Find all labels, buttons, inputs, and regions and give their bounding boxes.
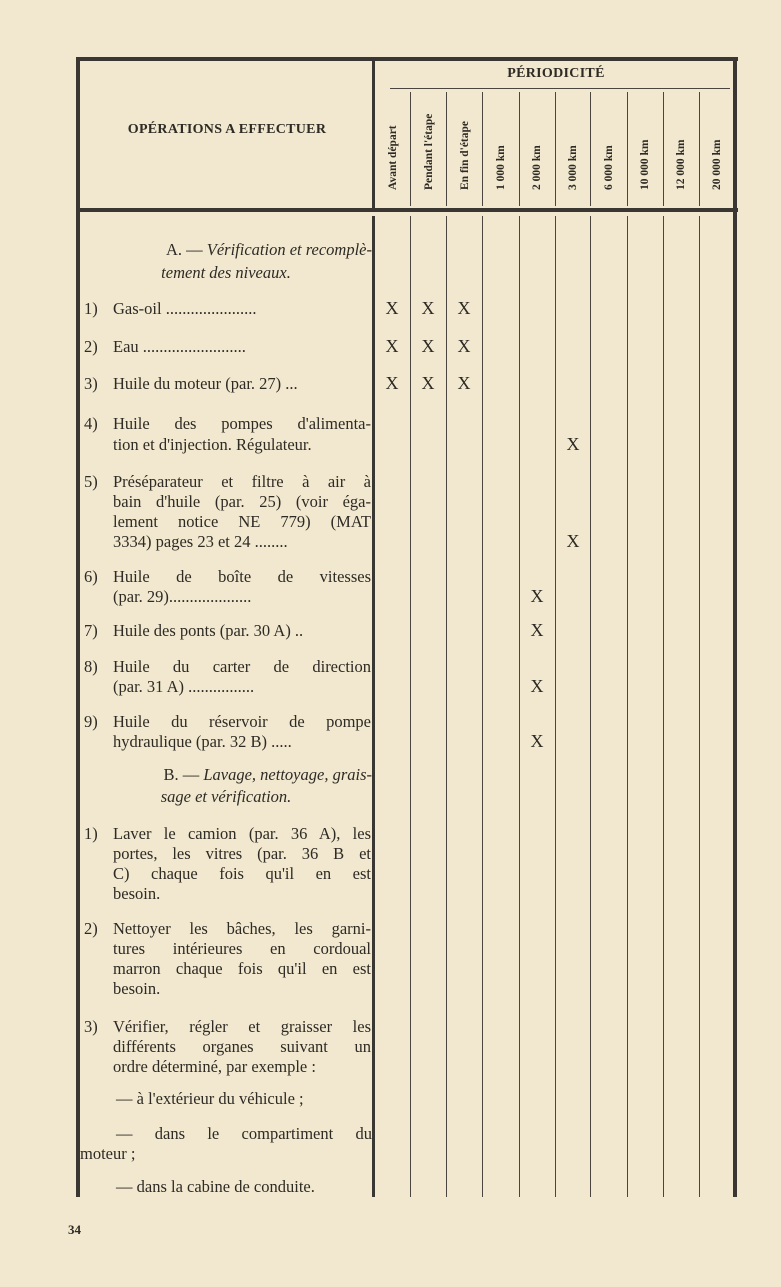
mark-a1-fin-etape: X [446,298,482,319]
col-line [410,216,411,1197]
header-bottom-border [76,208,738,212]
col-line [482,92,483,206]
mark-a2-fin-etape: X [446,336,482,357]
mark-a3-avant-depart: X [374,373,410,394]
col-header-1000km: 1 000 km [483,90,519,208]
mark-a3-pendant-etape: X [410,373,446,394]
col-line [482,216,483,1197]
mark-a7-2000km: X [519,620,555,641]
col-line [590,216,591,1197]
col-line [555,216,556,1197]
col-line [663,92,664,206]
col-line [627,216,628,1197]
col-line [519,92,520,206]
col-line [590,92,591,206]
col-header-10000km: 10 000 km [627,90,663,208]
operations-column-header: OPÉRATIONS A EFFECTUER [80,122,374,138]
col-header-3000km: 3 000 km [555,90,591,208]
periodicity-header: PÉRIODICITÉ [376,66,736,82]
col-header-pendant-etape: Pendant l'étape [411,90,447,208]
col-header-20000km: 20 000 km [699,90,735,208]
table-right-border [733,57,737,1197]
col-line [410,92,411,206]
mark-a4-3000km: X [555,434,591,455]
periodicity-subheader-line [390,88,730,89]
mark-a1-avant-depart: X [374,298,410,319]
mark-a5-3000km: X [555,531,591,552]
table-top-border [76,57,738,61]
col-line [699,92,700,206]
mark-a3-fin-etape: X [446,373,482,394]
mark-a6-2000km: X [519,586,555,607]
col-line [627,92,628,206]
col-header-fin-etape: En fin d'étape [447,90,483,208]
col-line [663,216,664,1197]
col-line [446,216,447,1197]
col-header-avant-depart: Avant départ [375,90,411,208]
mark-a2-avant-depart: X [374,336,410,357]
operations-periodicity-divider-body [372,216,375,1197]
col-line [446,92,447,206]
col-header-2000km: 2 000 km [519,90,555,208]
col-line [699,216,700,1197]
col-header-6000km: 6 000 km [591,90,627,208]
document-page: OPÉRATIONS A EFFECTUER PÉRIODICITÉ Avant… [0,0,781,1287]
mark-a1-pendant-etape: X [410,298,446,319]
col-line [555,92,556,206]
col-header-12000km: 12 000 km [663,90,699,208]
mark-a2-pendant-etape: X [410,336,446,357]
page-number: 34 [68,1222,81,1238]
mark-a9-2000km: X [519,731,555,752]
col-line [519,216,520,1197]
table-left-border [76,57,80,1197]
mark-a8-2000km: X [519,676,555,697]
